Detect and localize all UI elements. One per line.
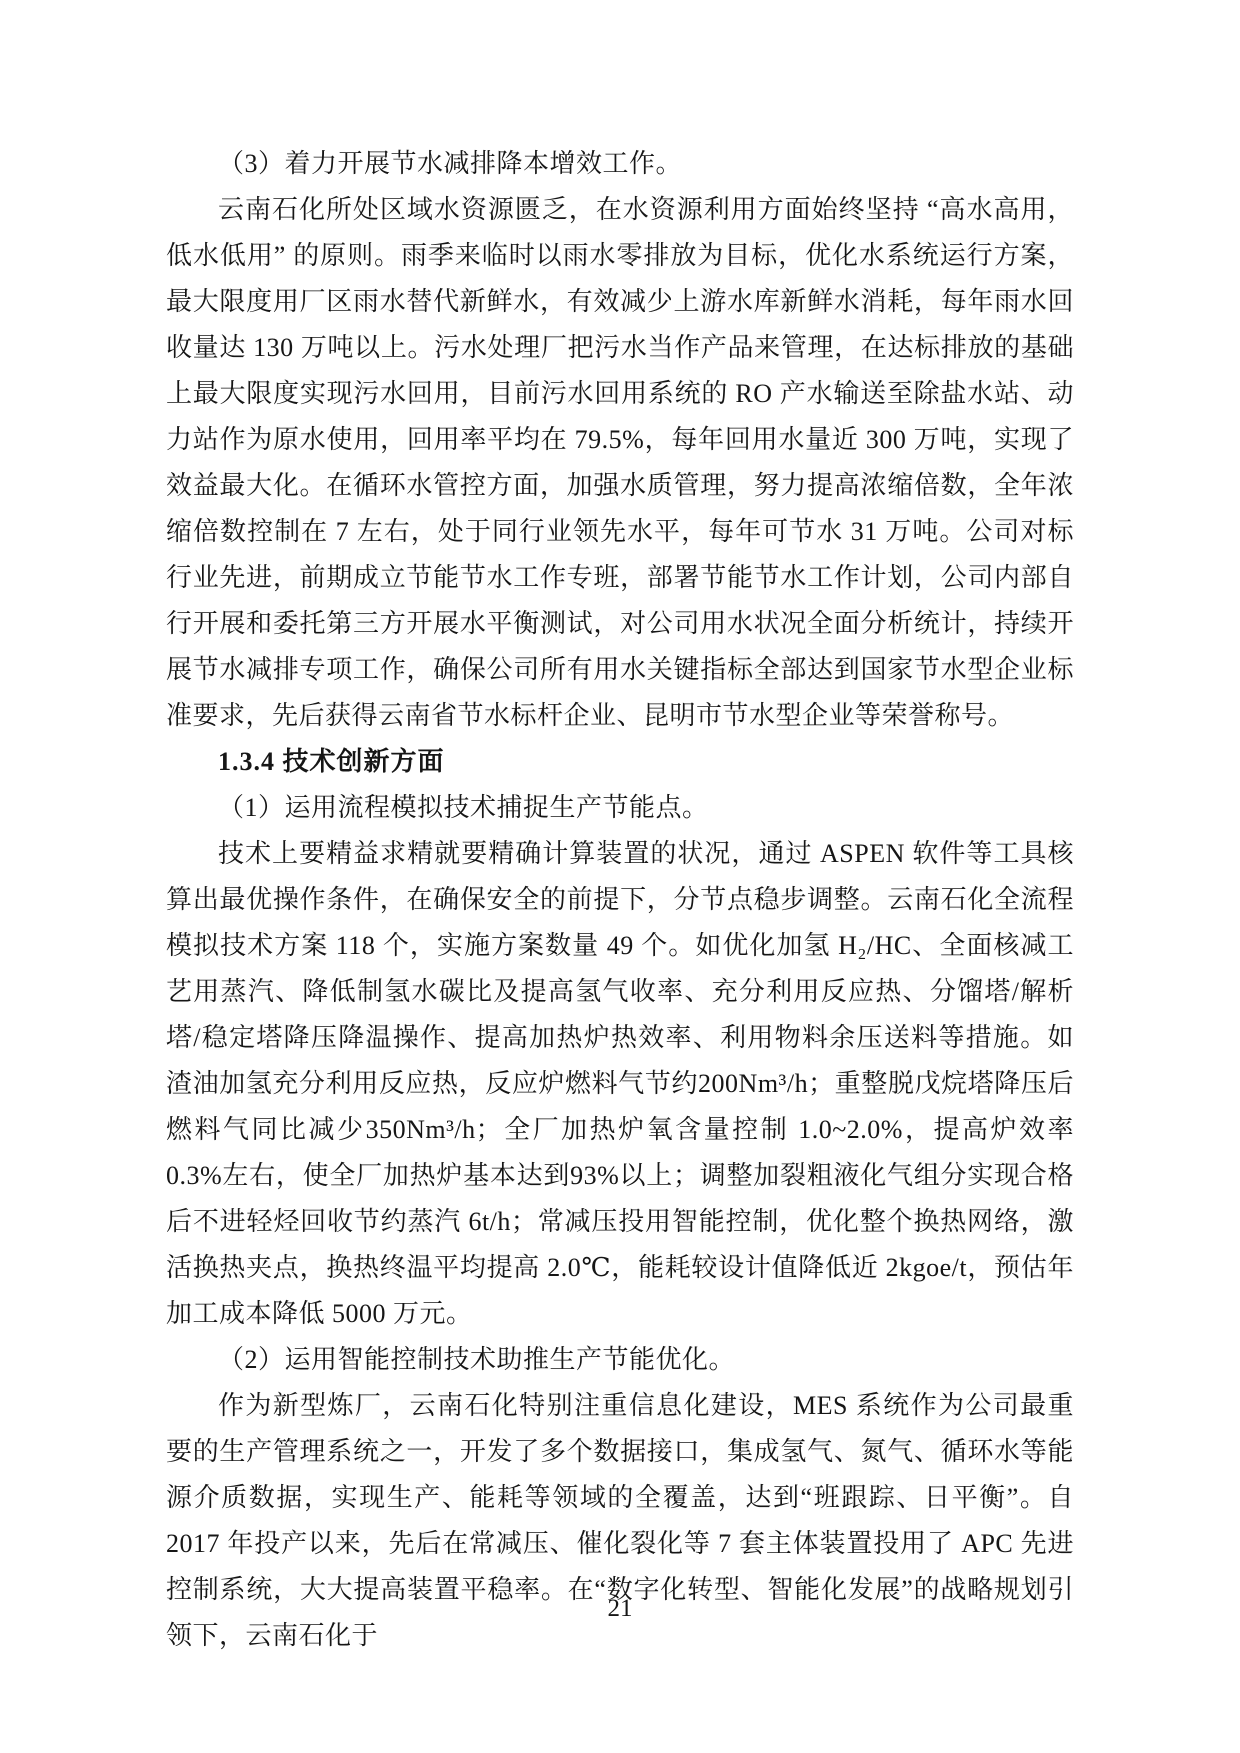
page-number: 21: [0, 1594, 1240, 1624]
numbered-item-3: （3）着力开展节水减排降本增效工作。: [166, 141, 1074, 187]
document-content: （3）着力开展节水减排降本增效工作。 云南石化所处区域水资源匮乏，在水资源利用方…: [166, 141, 1074, 1659]
paragraph-process-simulation: 技术上要精益求精就要精确计算装置的状况，通过 ASPEN 软件等工具核算出最优操…: [166, 831, 1074, 1337]
section-heading-1-3-4: 1.3.4 技术创新方面: [166, 739, 1074, 785]
numbered-item-2: （2）运用智能控制技术助推生产节能优化。: [166, 1337, 1074, 1383]
numbered-item-1: （1）运用流程模拟技术捕捉生产节能点。: [166, 785, 1074, 831]
document-page: （3）着力开展节水减排降本增效工作。 云南石化所处区域水资源匮乏，在水资源利用方…: [0, 0, 1240, 1753]
paragraph-water-saving: 云南石化所处区域水资源匮乏，在水资源利用方面始终坚持 “高水高用，低水低用” 的…: [166, 187, 1074, 739]
